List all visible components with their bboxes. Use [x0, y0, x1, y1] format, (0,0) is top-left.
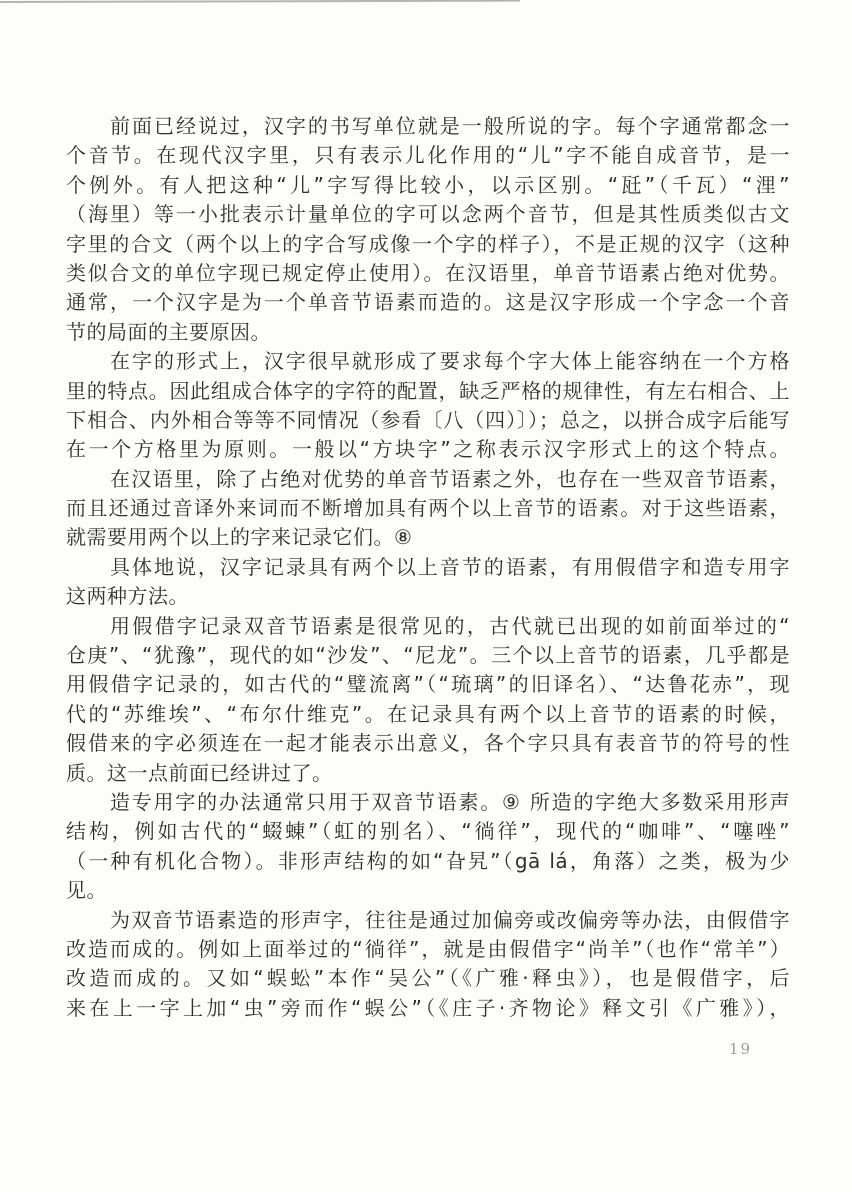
text-line: （一种有机化合物）。非形声结构的如“旮旯”（gā lá，角落）之类，极为少	[66, 847, 790, 876]
text-line: 改造而成的。又如“蜈蚣”本作“吴公”（《广雅·释虫》），也是假借字，后	[66, 964, 790, 993]
text-line: 就需要用两个以上的字来记录它们。⑧	[66, 523, 790, 552]
text-line: （海里）等一小批表示计量单位的字可以念两个音节，但是其性质类似古文	[66, 200, 790, 229]
text-line: 节的局面的主要原因。	[66, 318, 790, 347]
text-line: 字里的合文（两个以上的字合写成像一个字的样子），不是正规的汉字（这种	[66, 230, 790, 259]
text-line: 下相合、内外相合等等不同情况（参看〔八（四）〕）；总之，以拼合成字后能写	[66, 406, 790, 435]
scan-edge-artifact	[0, 0, 520, 3]
scanned-page: 前面已经说过，汉字的书写单位就是一般所说的字。每个字通常都念一个音节。在现代汉字…	[0, 0, 852, 1192]
text-block: 前面已经说过，汉字的书写单位就是一般所说的字。每个字通常都念一个音节。在现代汉字…	[66, 112, 790, 1023]
text-line: 质。这一点前面已经讲过了。	[66, 759, 790, 788]
text-line: 个例外。有人把这种“儿”字写得比较小，以示区别。“瓩”（千瓦）“浬”	[66, 171, 790, 200]
text-line: 类似合文的单位字现已规定停止使用）。在汉语里，单音节语素占绝对优势。	[66, 259, 790, 288]
text-line: 见。	[66, 876, 790, 905]
text-line: 这两种方法。	[66, 582, 790, 611]
text-line: 在汉语里，除了占绝对优势的单音节语素之外，也存在一些双音节语素，	[66, 465, 790, 494]
text-line: 具体地说，汉字记录具有两个以上音节的语素，有用假借字和造专用字	[66, 553, 790, 582]
text-line: 改造而成的。例如上面举过的“徜徉”，就是由假借字“尚羊”（也作“常羊”）	[66, 935, 790, 964]
text-line: 而且还通过音译外来词而不断增加具有两个以上音节的语素。对于这些语素，	[66, 494, 790, 523]
text-line: 前面已经说过，汉字的书写单位就是一般所说的字。每个字通常都念一	[66, 112, 790, 141]
text-line: 假借来的字必须连在一起才能表示出意义，各个字只具有表音节的符号的性	[66, 729, 790, 758]
text-line: 个音节。在现代汉字里，只有表示儿化作用的“儿”字不能自成音节，是一	[66, 141, 790, 170]
text-line: 为双音节语素造的形声字，往往是通过加偏旁或改偏旁等办法，由假借字	[66, 906, 790, 935]
text-line: 代的“苏维埃”、“布尔什维克”。在记录具有两个以上音节的语素的时候，	[66, 700, 790, 729]
text-line: 用假借字记录的，如古代的“璧流离”（“琉璃”的旧译名）、“达鲁花赤”，现	[66, 670, 790, 699]
text-line: 结构，例如古代的“蝃蝀”（虹的别名）、“徜徉”，现代的“咖啡”、“噻唑”	[66, 817, 790, 846]
text-line: 在一个方格里为原则。一般以“方块字”之称表示汉字形式上的这个特点。	[66, 435, 790, 464]
text-line: 用假借字记录双音节语素是很常见的，古代就已出现的如前面举过的“	[66, 612, 790, 641]
text-line: 通常，一个汉字是为一个单音节语素而造的。这是汉字形成一个字念一个音	[66, 288, 790, 317]
text-line: 来在上一字上加“虫”旁而作“蜈公”（《庄子·齐物论》释文引《广雅》），	[66, 994, 790, 1023]
page-number: 19	[729, 1040, 752, 1058]
text-line: 在字的形式上，汉字很早就形成了要求每个字大体上能容纳在一个方格	[66, 347, 790, 376]
text-line: 里的特点。因此组成合体字的字符的配置，缺乏严格的规律性，有左右相合、上	[66, 377, 790, 406]
text-line: 造专用字的办法通常只用于双音节语素。⑨ 所造的字绝大多数采用形声	[66, 788, 790, 817]
text-line: 仓庚”、“犹豫”，现代的如“沙发”、“尼龙”。三个以上音节的语素，几乎都是	[66, 641, 790, 670]
